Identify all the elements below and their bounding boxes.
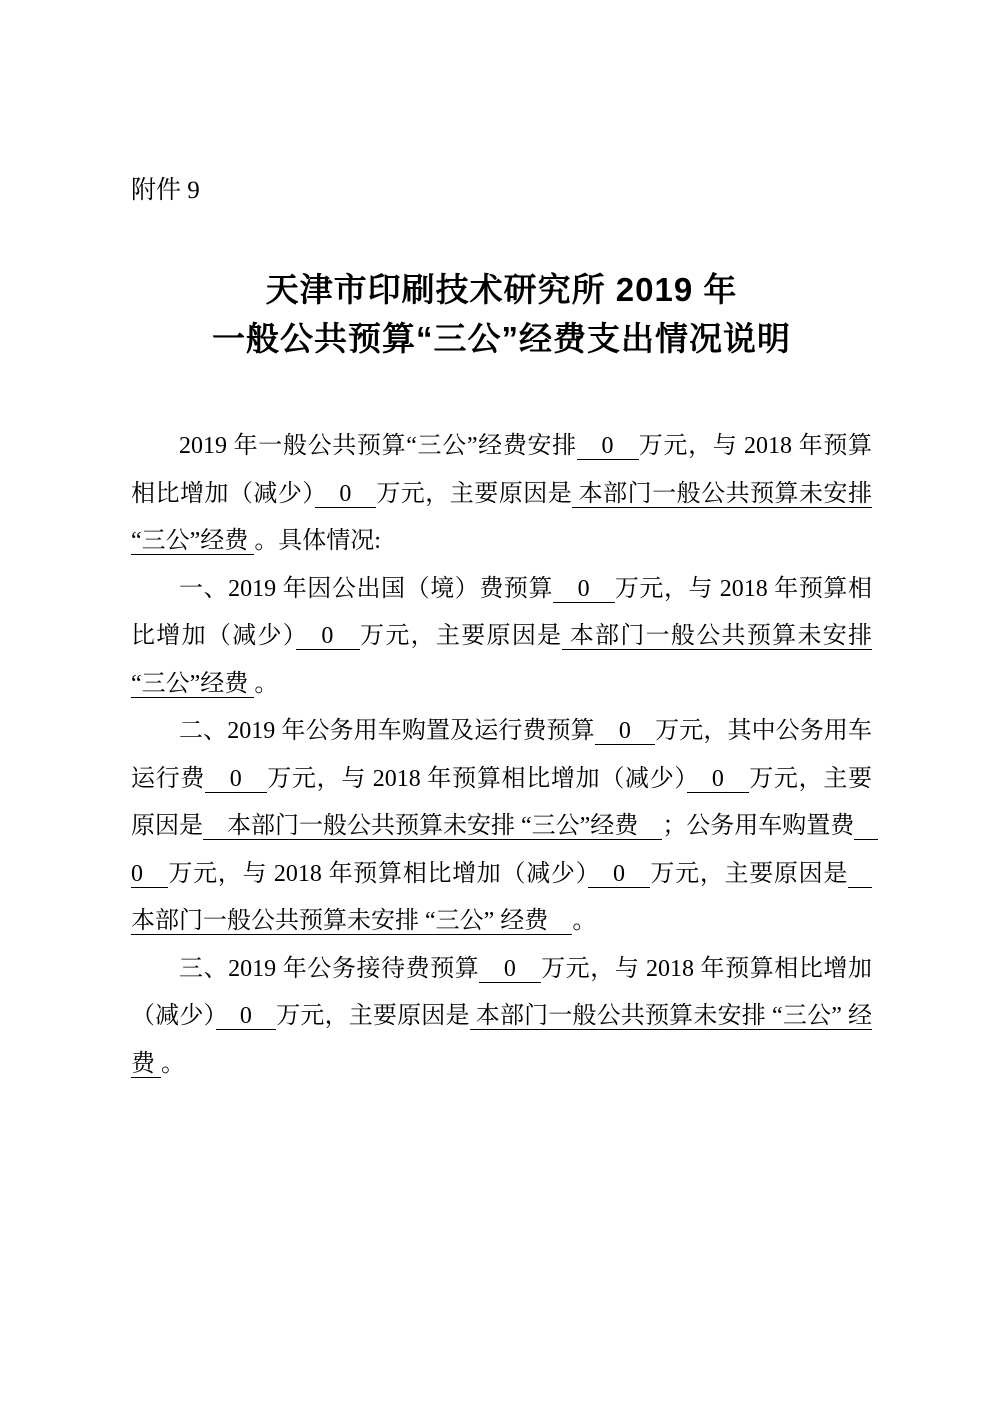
blank-field: 0 (315, 481, 376, 508)
paragraph: 二、2019 年公务用车购置及运行费预算 0 万元，其中公务用车运行费 0 万元… (131, 708, 872, 946)
document-body: 2019 年一般公共预算“三公”经费安排 0 万元，与 2018 年预算相比增加… (131, 423, 872, 1088)
document-page: 附件 9 天津市印刷技术研究所 2019 年 一般公共预算“三公”经费支出情况说… (0, 0, 992, 1403)
paragraph: 一、2019 年因公出国（境）费预算 0 万元，与 2018 年预算相比增加（减… (131, 566, 872, 709)
text-segment: 二、2019 年公务用车购置及运行费预算 (179, 718, 595, 744)
blank-field: 0 (595, 718, 655, 745)
text-segment: 万元，与 2018 年预算相比增加（减少） (267, 766, 687, 792)
blank-field: 0 (588, 861, 650, 888)
title-line-2: 一般公共预算“三公”经费支出情况说明 (131, 314, 872, 363)
text-segment: 。 (254, 671, 278, 697)
document-title: 天津市印刷技术研究所 2019 年 一般公共预算“三公”经费支出情况说明 (131, 265, 872, 363)
paragraph: 三、2019 年公务接待费预算 0 万元，与 2018 年预算相比增加（减少） … (131, 946, 872, 1089)
attachment-label: 附件 9 (131, 175, 872, 207)
text-segment: 万元，主要原因是 (276, 1003, 469, 1029)
blank-field: 0 (296, 623, 360, 650)
text-segment: 万元，主要原因是 (650, 861, 848, 887)
blank-field: 0 (479, 956, 541, 983)
text-segment: ；公务用车购置费 (662, 813, 854, 839)
text-segment: 万元，与 2018 年预算相比增加（减少） (168, 861, 588, 887)
text-segment: 一、2019 年因公出国（境）费预算 (179, 576, 553, 602)
blank-field: 本部门一般公共预算未安排 “三公”经费 (203, 813, 662, 840)
blank-field: 0 (687, 766, 749, 793)
text-segment: 三、2019 年公务接待费预算 (179, 956, 479, 982)
blank-field: 0 (553, 576, 615, 603)
blank-field: 0 (577, 433, 639, 460)
blank-field: 0 (216, 1003, 277, 1030)
text-segment: 万元，主要原因是 (376, 481, 572, 507)
title-line-1: 天津市印刷技术研究所 2019 年 (131, 265, 872, 314)
paragraph: 2019 年一般公共预算“三公”经费安排 0 万元，与 2018 年预算相比增加… (131, 423, 872, 566)
blank-field: 0 (205, 766, 267, 793)
text-segment: 。具体情况: (254, 528, 381, 554)
text-segment: 。 (572, 908, 596, 934)
text-segment: 万元，主要原因是 (360, 623, 562, 649)
text-segment: 。 (161, 1051, 185, 1077)
text-segment: 2019 年一般公共预算“三公”经费安排 (179, 433, 577, 459)
